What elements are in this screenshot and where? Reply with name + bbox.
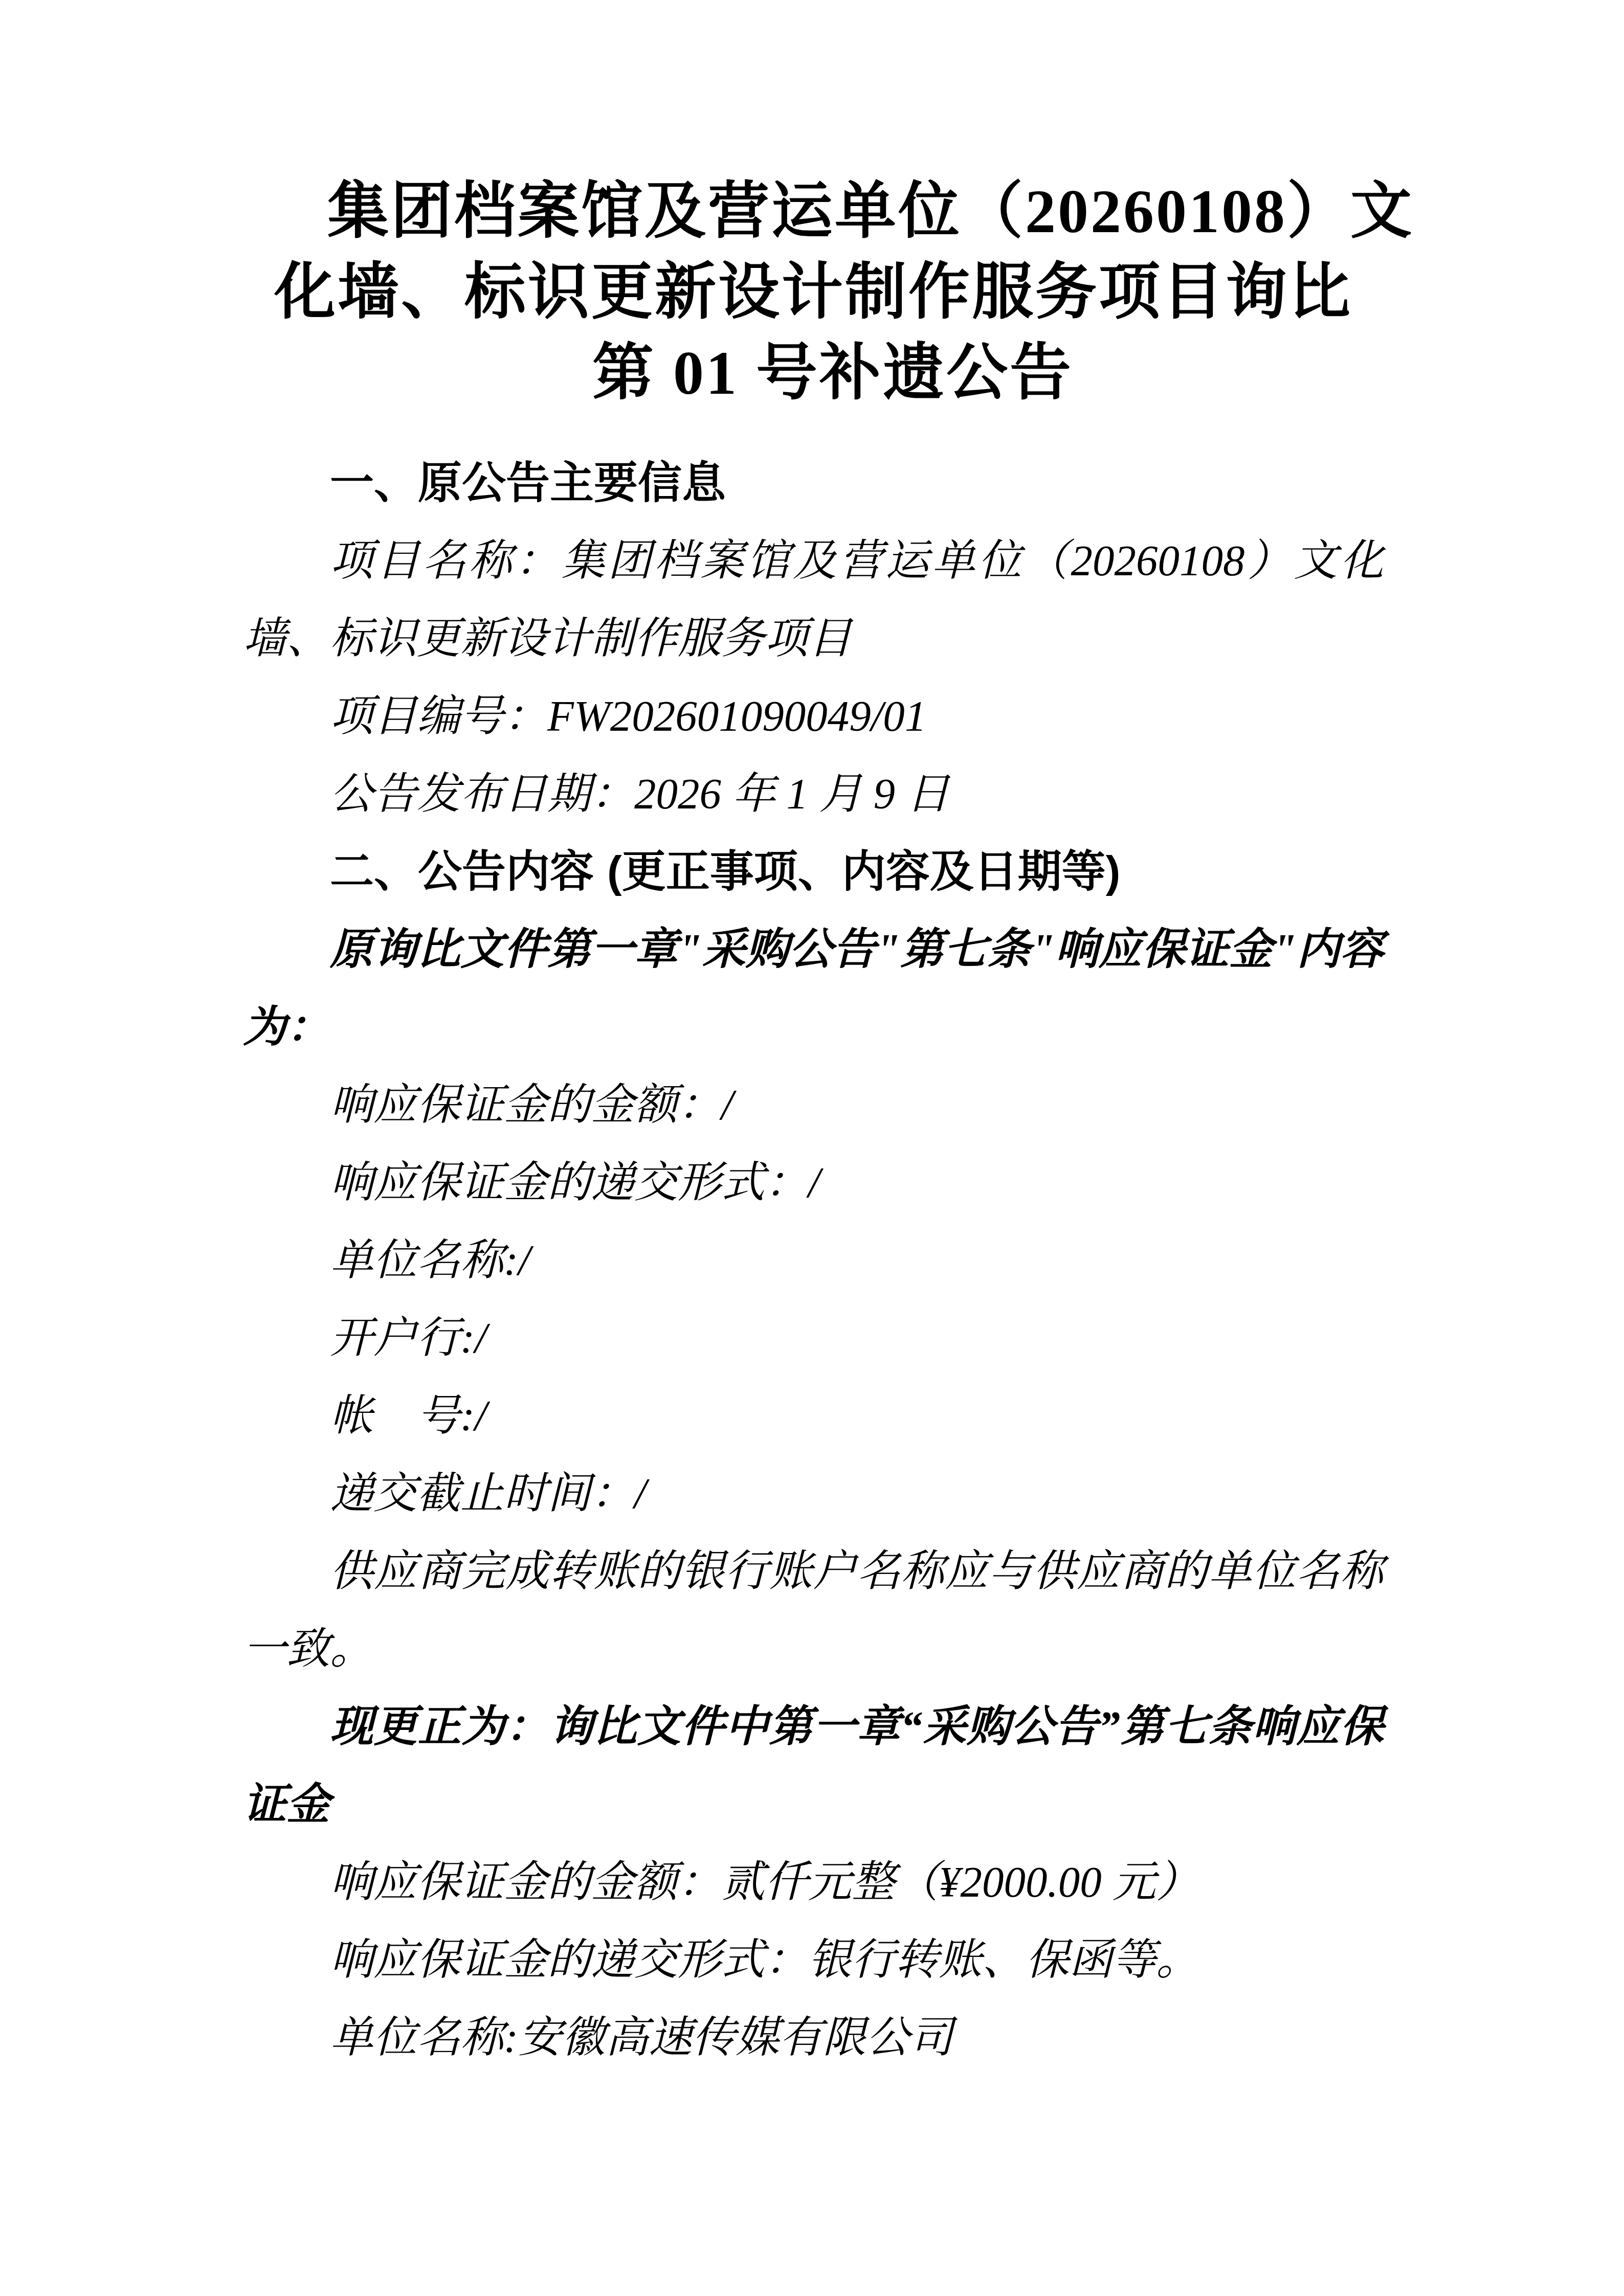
para-corrected-bond-form: 响应保证金的递交形式：银行转账、保函等。 (243, 1921, 1384, 1999)
para-project-name: 项目名称：集团档案馆及营运单位（20260108）文化墙、标识更新设计制作服务项… (243, 522, 1384, 678)
para-corrected-bond-amount: 响应保证金的金额：贰仟元整（¥2000.00 元） (243, 1843, 1384, 1921)
notice-title-line-1: 集团档案馆及营运单位（20260108）文 (300, 171, 1441, 252)
para-original-account: 帐 号:/ (243, 1377, 1384, 1455)
section-1-heading: 一、原公告主要信息 (243, 444, 1384, 522)
para-original-deadline: 递交截止时间：/ (243, 1455, 1384, 1533)
notice-title-line-3: 第 01 号补遗公告 (262, 333, 1403, 414)
para-project-number: 项目编号：FW202601090049/01 (243, 678, 1384, 755)
para-original-transfer-note: 供应商完成转账的银行账户名称应与供应商的单位名称一致。 (243, 1533, 1384, 1688)
para-original-bank: 开户行:/ (243, 1299, 1384, 1377)
para-original-unit-name: 单位名称:/ (243, 1222, 1384, 1299)
section-2-heading: 二、公告内容(更正事项、内容及日期等) (243, 833, 1384, 911)
document: 集团档案馆及营运单位（20260108）文 化墙、标识更新设计制作服务项目询比 … (0, 0, 1624, 2296)
para-corrected-clause-intro: 现更正为：询比文件中第一章“采购公告”第七条响应保证金 (243, 1688, 1384, 1843)
notice-title-line-2: 化墙、标识更新设计制作服务项目询比 (243, 252, 1384, 333)
section-2-heading-note: (更正事项、内容及日期等) (607, 847, 1120, 896)
notice-title: 集团档案馆及营运单位（20260108）文 化墙、标识更新设计制作服务项目询比 … (243, 171, 1384, 414)
para-corrected-unit-name: 单位名称:安徽高速传媒有限公司 (243, 1999, 1384, 2077)
section-2-heading-main: 二、公告内容 (330, 847, 594, 896)
page: { "colors": { "page_background": "#fffff… (0, 0, 1624, 2296)
para-original-clause-intro: 原询比文件第一章"采购公告"第七条"响应保证金"内容为： (243, 911, 1384, 1066)
para-original-bond-form: 响应保证金的递交形式：/ (243, 1144, 1384, 1222)
para-original-bond-amount: 响应保证金的金额：/ (243, 1066, 1384, 1144)
para-publish-date: 公告发布日期：2026 年 1 月 9 日 (243, 755, 1384, 833)
